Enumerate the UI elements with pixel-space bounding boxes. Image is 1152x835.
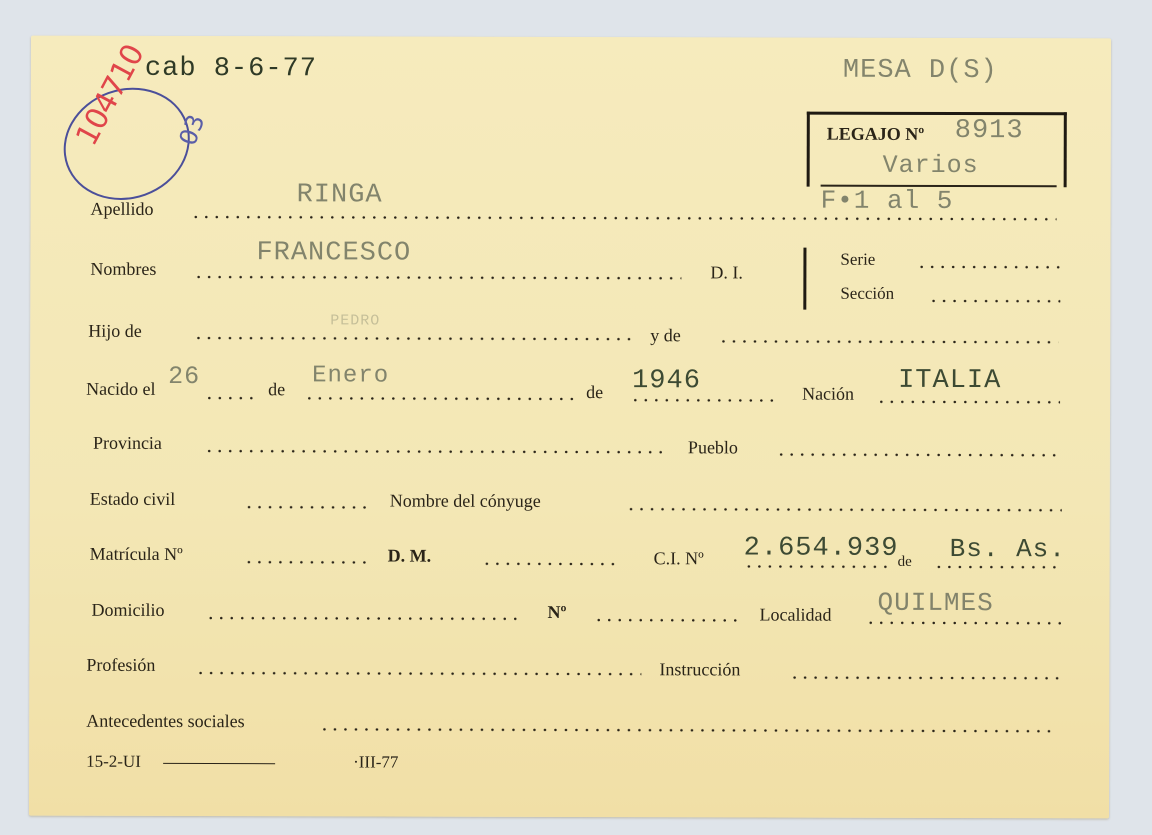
birth-day-field[interactable] [204,396,254,400]
print-date: ·III-77 [353,752,398,772]
nombres-value: FRANCESCO [256,238,411,268]
pueblo-field[interactable] [776,453,1060,458]
instruccion-label: Instrucción [659,659,740,680]
nacion-label: Nación [802,384,854,405]
localidad-field[interactable] [865,621,1061,626]
antecedentes-label: Antecedentes sociales [86,711,244,732]
conyuge-field[interactable] [626,507,1062,512]
birth-de-1: de [268,379,285,400]
localidad-value: QUILMES [878,588,994,618]
mesa-label: MESA D(S) [843,56,998,86]
ci-issuer: Bs. As. [950,534,1066,564]
legajo-sub: Varios [883,151,979,180]
numero-field[interactable] [593,618,743,622]
instruccion-field[interactable] [789,676,1061,681]
profesion-label: Profesión [86,655,155,676]
estado-civil-field[interactable] [244,505,372,509]
y-de-field[interactable] [718,339,1058,344]
conyuge-label: Nombre del cónyuge [390,491,541,512]
ci-field[interactable] [744,564,894,568]
dm-label: D. M. [388,546,432,567]
dm-field[interactable] [482,562,622,566]
apellido-value: RINGA [297,180,383,210]
birth-year-field[interactable] [630,398,780,402]
hijo-de-value: PEDRO [330,312,380,329]
ci-issuer-field[interactable] [934,565,1062,569]
antecedentes-field[interactable] [319,727,1055,733]
birth-month-field[interactable] [304,396,574,401]
provincia-field[interactable] [204,449,664,454]
birth-month: Enero [312,362,389,389]
serie-field[interactable] [916,265,1060,269]
archive-record-card: cab 8-6-77 MESA D(S) 104710 03 LEGAJO Nº… [29,36,1111,819]
profesion-field[interactable] [195,671,641,676]
matricula-label: Matrícula Nº [90,544,183,565]
birth-de-2: de [586,382,603,403]
serie-label: Serie [840,250,875,270]
cab-date: cab 8-6-77 [145,54,317,84]
seccion-field[interactable] [928,299,1060,303]
numero-label: Nº [547,602,566,623]
provincia-label: Provincia [93,433,162,454]
di-divider [803,248,806,310]
y-de-label: y de [650,325,681,346]
matricula-field[interactable] [244,560,372,564]
nombres-field[interactable] [193,275,681,280]
ci-de-label: de [898,554,912,571]
ci-value: 2.654.939 [744,533,899,563]
ci-label: C.I. Nº [654,548,704,569]
localidad-label: Localidad [759,604,831,625]
pueblo-label: Pueblo [688,437,738,458]
seccion-label: Sección [840,284,894,304]
nombres-label: Nombres [90,259,156,280]
nacion-field[interactable] [876,400,1060,404]
apellido-field[interactable] [191,215,1057,221]
di-label: D. I. [710,262,743,283]
birth-year: 1946 [632,366,701,396]
legajo-number: 8913 [955,116,1024,146]
hijo-de-field[interactable] [193,336,633,341]
domicilio-field[interactable] [205,616,519,621]
estado-civil-label: Estado civil [90,489,176,510]
nacion-value: ITALIA [898,366,1001,396]
form-code: 15-2-UI [86,752,141,772]
legajo-label: LEGAJO Nº [827,124,925,145]
apellido-label: Apellido [91,199,154,220]
folio-range: F•1 al 5 [821,186,954,216]
hijo-de-label: Hijo de [88,321,142,342]
nacido-label: Nacido el [86,379,156,400]
domicilio-label: Domicilio [91,600,164,621]
form-code-rule [163,763,275,764]
birth-day: 26 [168,362,200,391]
